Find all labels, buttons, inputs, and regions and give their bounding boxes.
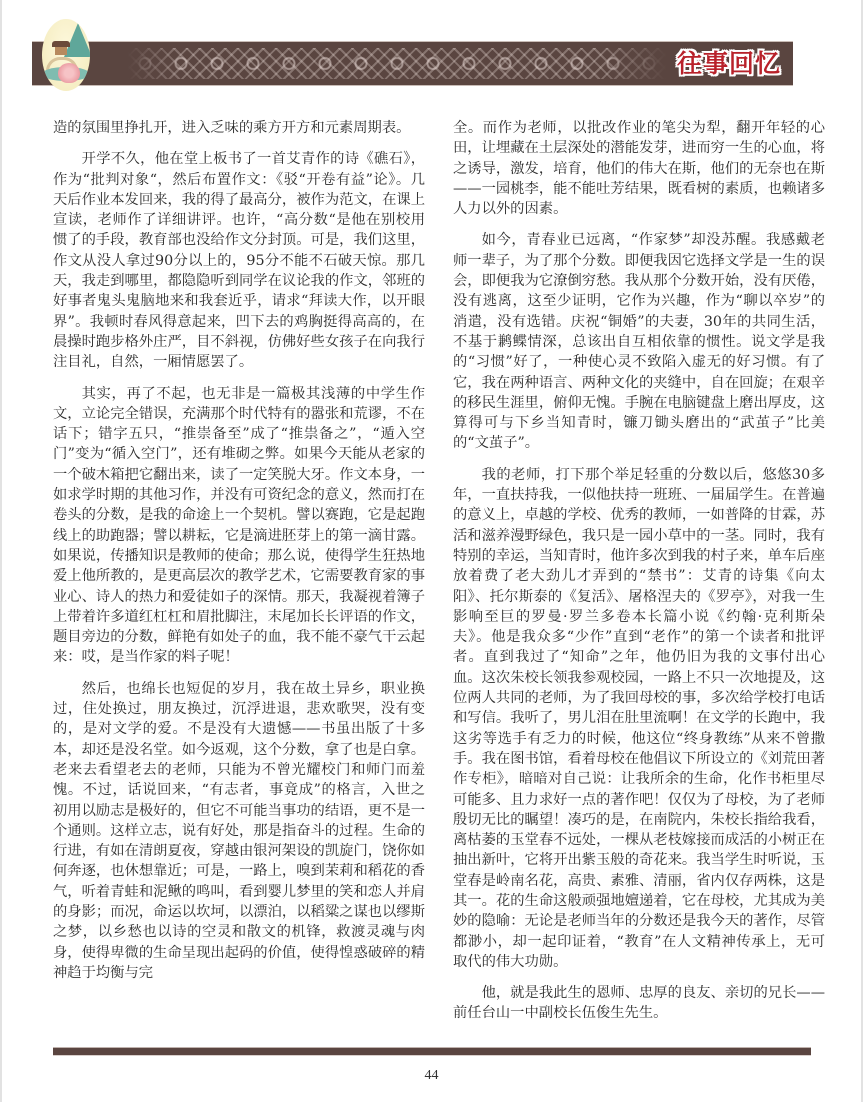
header-band: 往事回忆 — [32, 41, 793, 86]
pavilion-body — [55, 47, 67, 55]
lotus-icon — [58, 63, 80, 83]
paragraph: 全。而作为老师，以批改作业的笔尖为犁，翻开年轻的心田，让埋藏在土层深处的潜能发芽… — [453, 118, 825, 219]
paragraph: 造的氛围里挣扎开，进入乏味的乘方开方和元素周期表。 — [53, 118, 425, 138]
paragraph: 然后，也绵长也短促的岁月，我在故土异乡，职业换过，住处换过，朋友换过，沉浮进退，… — [53, 679, 425, 983]
landscape-emblem-icon — [42, 19, 90, 91]
page-number: 44 — [0, 1068, 863, 1084]
paragraph: 如今，青春业已远离，“作家梦”却没苏醒。我感戴老师一辈子，为了那个分数。即便我因… — [453, 230, 825, 453]
mountain-icon — [64, 23, 90, 57]
article-column-left: 造的氛围里挣扎开，进入乏味的乘方开方和元素周期表。 开学不久，他在堂上板书了一首… — [53, 118, 425, 994]
lattice-pattern — [127, 48, 667, 79]
page-edge-left — [0, 0, 2, 1102]
paragraph: 开学不久，他在堂上板书了一首艾青作的诗《礁石》，作为“批判对象“，然后布置作文：… — [53, 149, 425, 372]
article-column-right: 全。而作为老师，以批改作业的笔尖为犁，翻开年轻的心田，让埋藏在土层深处的潜能发芽… — [453, 118, 825, 1035]
footer-band — [53, 1047, 811, 1056]
section-title: 往事回忆 — [677, 46, 781, 81]
paragraph: 其实，再了不起，也无非是一篇极其浅薄的中学生作文，立论完全错误，充满那个时代特有… — [53, 384, 425, 668]
paragraph: 他，就是我此生的恩师、忠厚的良友、亲切的兄长——前任台山一中副校长伍俊生先生。 — [453, 983, 825, 1024]
paragraph: 我的老师，打下那个举足轻重的分数以后，悠悠30多年，一直扶持我，一似他扶持一班班… — [453, 465, 825, 972]
